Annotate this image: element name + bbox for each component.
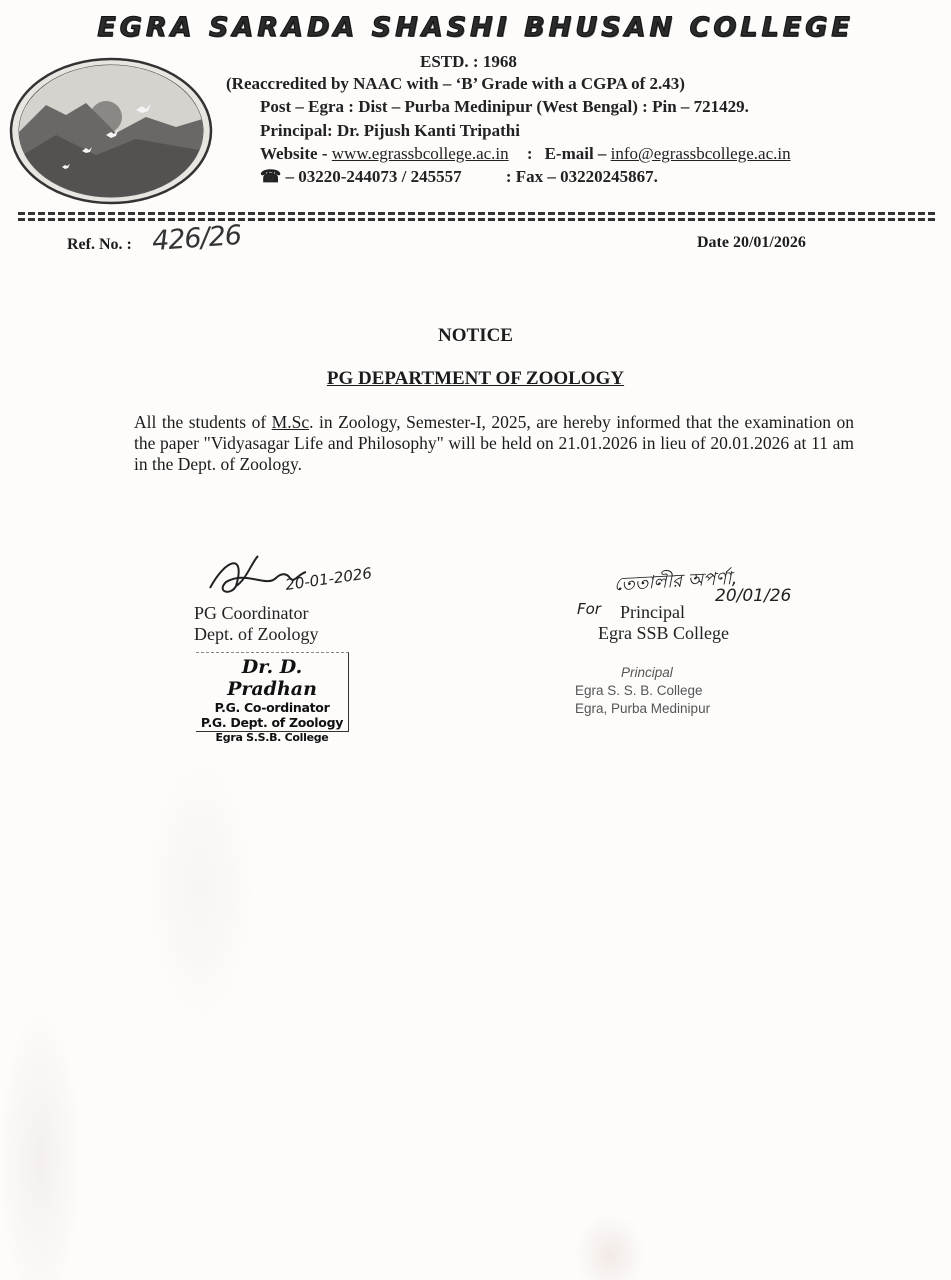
reference-label: Ref. No. : — [67, 236, 132, 254]
stamp-line-2: Egra, Purba Medinipur — [575, 700, 710, 718]
stamp-line-1: P.G. Co-ordinator — [196, 700, 348, 715]
separator-colon: : — [527, 144, 533, 163]
address-line: Post – Egra : Dist – Purba Medinipur (We… — [260, 97, 749, 117]
body-prefix: All the students of — [134, 412, 272, 432]
principal-college: Egra SSB College — [598, 623, 729, 644]
contact-phone-line: ☎ – 03220-244073 / 245557 : Fax – 032202… — [260, 167, 658, 187]
accreditation-line: (Reaccredited by NAAC with – ‘B’ Grade w… — [226, 74, 685, 94]
stamp-line-2: P.G. Dept. of Zoology — [196, 715, 348, 730]
stamp-line-1: Egra S. S. B. College — [575, 682, 710, 700]
coordinator-stamp: Dr. D. Pradhan P.G. Co-ordinator P.G. De… — [196, 652, 349, 732]
website-label: Website - — [260, 144, 332, 163]
principal-signed-date: 20/01/26 — [715, 586, 791, 606]
stamp-name: Dr. D. Pradhan — [196, 656, 348, 700]
reference-number: 426/26 — [151, 220, 242, 257]
website-link[interactable]: www.egrassbcollege.ac.in — [332, 144, 509, 163]
notice-title: NOTICE — [0, 325, 951, 347]
email-link[interactable]: info@egrassbcollege.ac.in — [611, 144, 791, 163]
principal-designation: Principal — [620, 602, 685, 623]
notice-date: Date 20/01/2026 — [697, 234, 806, 252]
notice-body: All the students of M.Sc. in Zoology, Se… — [134, 412, 854, 475]
paper-texture — [0, 740, 951, 1280]
established-year: ESTD. : 1968 — [420, 52, 517, 72]
principal-line: Principal: Dr. Pijush Kanti Tripathi — [260, 121, 520, 141]
fax-number: : Fax – 03220245867. — [506, 167, 658, 186]
coordinator-department: Dept. of Zoology — [194, 624, 318, 645]
college-name: EGRA SARADA SHASHI BHUSAN COLLEGE — [0, 12, 951, 43]
phone-number: – 03220-244073 / 245557 — [281, 167, 461, 186]
email-label: E-mail – — [545, 144, 611, 163]
department-heading: PG DEPARTMENT OF ZOOLOGY — [0, 368, 951, 390]
header-divider — [18, 212, 938, 222]
body-degree: M.Sc — [272, 412, 309, 432]
principal-stamp: Principal Egra S. S. B. College Egra, Pu… — [575, 664, 710, 718]
telephone-icon: ☎ — [260, 167, 281, 186]
college-seal-icon — [6, 55, 216, 205]
contact-web-line: Website - www.egrassbcollege.ac.in :E-ma… — [260, 144, 791, 164]
stamp-line-3: Egra S.S.B. College — [196, 730, 348, 745]
stamp-title: Principal — [575, 664, 710, 682]
for-prefix: For — [577, 600, 601, 618]
coordinator-designation: PG Coordinator — [194, 603, 309, 624]
